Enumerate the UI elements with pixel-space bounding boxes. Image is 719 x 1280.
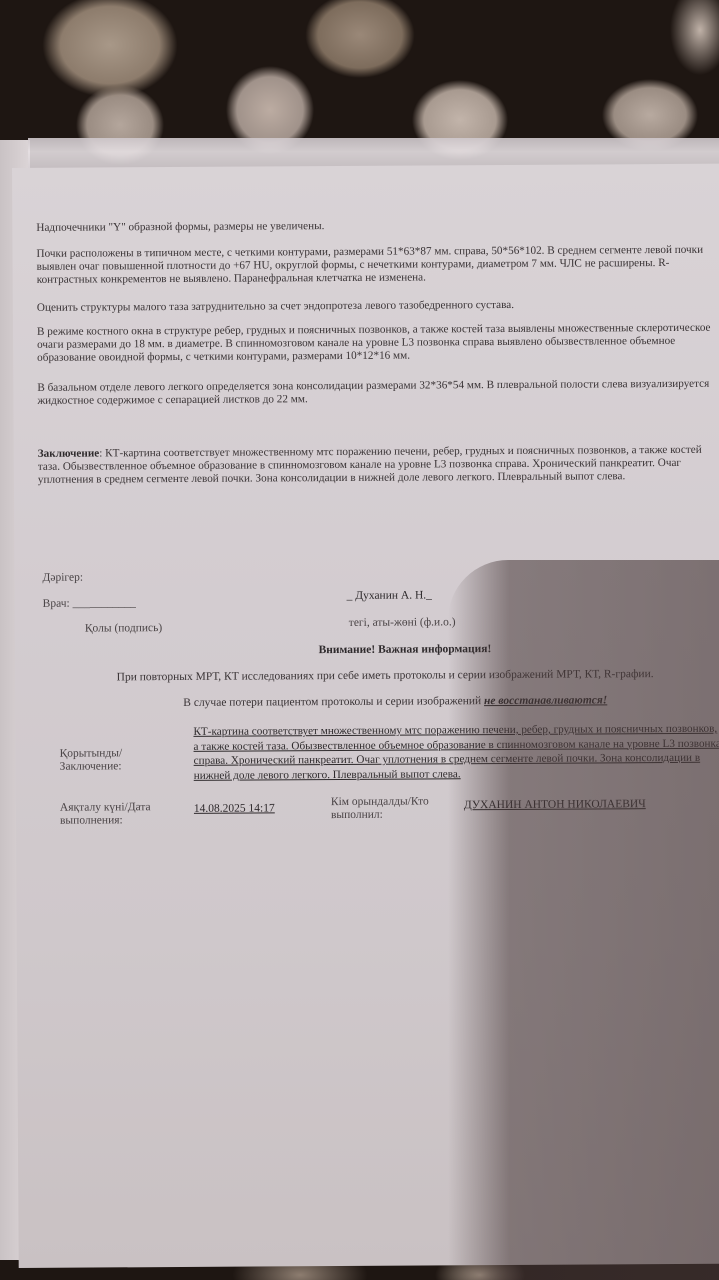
paragraph-adrenals: Надпочечники "Y" образной формы, размеры… xyxy=(36,218,711,235)
signature-line: ___________ xyxy=(73,597,136,609)
date-value: 14.08.2025 14:17 xyxy=(194,802,275,816)
conclusion-text: : КТ-картина соответствует множественном… xyxy=(38,444,702,486)
conclusion-paragraph: Заключение: КТ-картина соответствует мно… xyxy=(38,444,713,488)
notice-line-1: При повторных МРТ, КТ исследованиях при … xyxy=(85,668,685,685)
notice-line-2: В случае потери пациентом протоколы и се… xyxy=(135,694,655,710)
document-body: Надпочечники "Y" образной формы, размеры… xyxy=(12,164,719,1268)
paragraph-kidneys: Почки расположены в типичном месте, с че… xyxy=(36,244,711,288)
date-label: Аяқталу күні/Дата выполнения: xyxy=(60,801,170,828)
doctor-label-ru: Врач: ___________ xyxy=(43,597,136,611)
paragraph-pelvis: Оценить структуры малого таза затрудните… xyxy=(37,298,712,315)
paragraph-bones: В режиме костного окна в структуре ребер… xyxy=(37,322,712,366)
conclusion-label: Заключение xyxy=(38,447,100,459)
notice-emphasis: не восстанавливаются! xyxy=(484,694,607,707)
paragraph-lungs: В базальном отделе левого легкого опреде… xyxy=(37,378,712,409)
name-caption: тегі, аты-жөні (ф.и.о.) xyxy=(349,616,456,630)
summary-conclusion-label: Қорытынды/ Заключение: xyxy=(60,747,170,774)
performer-label: Кім орындалды/Кто выполнил: xyxy=(331,795,441,822)
summary-conclusion-text: КТ-картина соответствует множественному … xyxy=(193,722,719,783)
doctor-label-kz: Дәрігер: xyxy=(42,572,83,585)
doctor-name: _ Духанин А. Н._ xyxy=(347,589,432,603)
notice-title: Внимание! Важная информация! xyxy=(275,643,535,658)
document-page: Надпочечники "Y" образной формы, размеры… xyxy=(12,164,719,1268)
signature-caption: Қолы (подпись) xyxy=(85,622,162,636)
performer-value: ДУХАНИН АНТОН НИКОЛАЕВИЧ xyxy=(464,798,646,812)
